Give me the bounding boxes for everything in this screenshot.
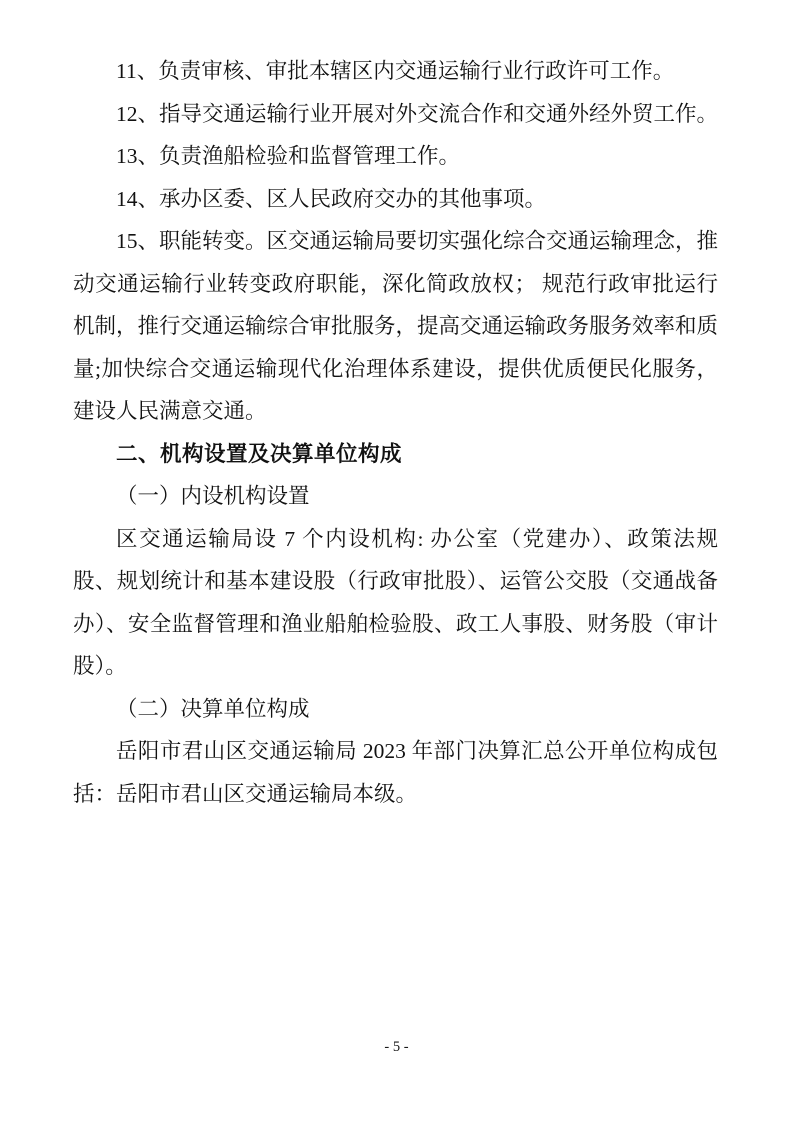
duty-item-14: 14、承办区委、区人民政府交办的其他事项。 xyxy=(73,178,718,221)
subsection-heading-2: （二）决算单位构成 xyxy=(73,688,718,731)
subsection-heading-1: （一）内设机构设置 xyxy=(73,475,718,518)
page-footer: - 5 - xyxy=(0,1035,793,1060)
section-heading-2: 二、机构设置及决算单位构成 xyxy=(73,433,718,476)
duty-item-11: 11、负责审核、审批本辖区内交通运输行业行政许可工作。 xyxy=(73,50,718,93)
document-page: 11、负责审核、审批本辖区内交通运输行业行政许可工作。 12、指导交通运输行业开… xyxy=(0,0,793,1122)
document-body: 11、负责审核、审批本辖区内交通运输行业行政许可工作。 12、指导交通运输行业开… xyxy=(73,50,718,815)
unit-composition-paragraph: 岳阳市君山区交通运输局 2023 年部门决算汇总公开单位构成包括：岳阳市君山区交… xyxy=(73,730,718,815)
duty-item-15: 15、职能转变。区交通运输局要切实强化综合交通运输理念，推动交通运输行业转变政府… xyxy=(73,220,718,433)
internal-structure-paragraph: 区交通运输局设 7 个内设机构: 办公室（党建办）、政策法规股、规划统计和基本建… xyxy=(73,518,718,688)
duty-item-13: 13、负责渔船检验和监督管理工作。 xyxy=(73,135,718,178)
duty-item-12: 12、指导交通运输行业开展对外交流合作和交通外经外贸工作。 xyxy=(73,93,718,136)
page-number: - 5 - xyxy=(384,1039,408,1055)
